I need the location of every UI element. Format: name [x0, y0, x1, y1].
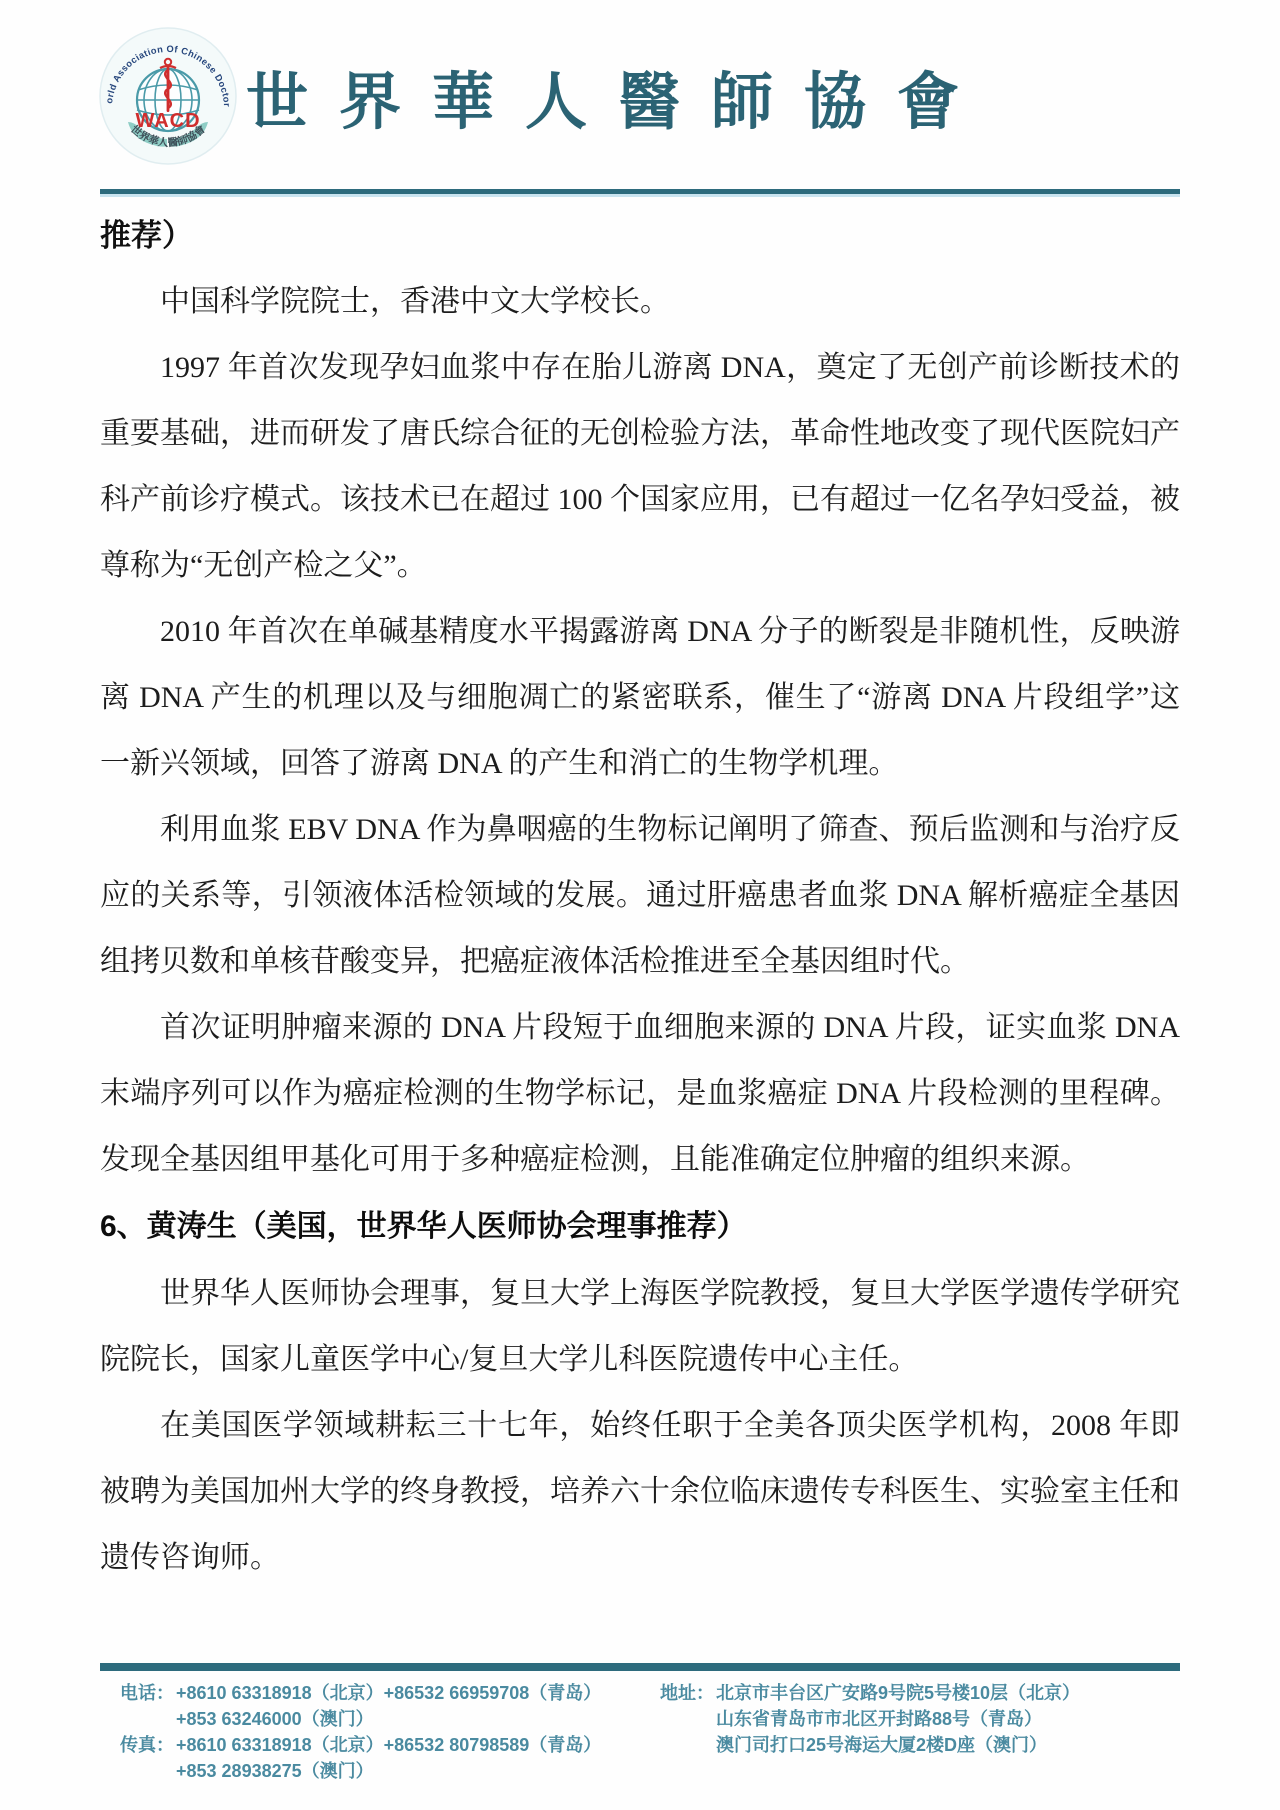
- document-page: World Association Of Chinese Doctors WAC…: [0, 0, 1280, 1810]
- organization-title: 世界華人醫師協會: [246, 52, 990, 141]
- address-line: 北京市丰台区广安路9号院5号楼10层（北京）: [716, 1680, 1080, 1706]
- paragraph: 1997 年首次发现孕妇血浆中存在胎儿游离 DNA，奠定了无创产前诊断技术的重要…: [100, 335, 1180, 599]
- wacd-logo: World Association Of Chinese Doctors WAC…: [98, 26, 238, 166]
- phone-numbers: +853 63246000（澳门）: [176, 1706, 660, 1732]
- footer-address-block: 地址： 北京市丰台区广安路9号院5号楼10层（北京） 山东省青岛市市北区开封路8…: [660, 1680, 1080, 1784]
- logo-acronym: WACD: [135, 110, 200, 132]
- paragraph: 中国科学院院士，香港中文大学校长。: [100, 269, 1180, 335]
- header-divider: [100, 189, 1180, 197]
- section-heading: 6、黄涛生（美国，世界华人医师协会理事推荐）: [100, 1193, 1180, 1261]
- address-label: 地址：: [660, 1680, 714, 1706]
- fax-numbers: +853 28938275（澳门）: [176, 1758, 660, 1784]
- carried-over-heading: 推荐）: [100, 203, 1180, 269]
- footer-phone-fax-block: 电话： +8610 63318918（北京）+86532 66959708（青岛…: [120, 1680, 660, 1784]
- fax-label: 传真：: [120, 1732, 174, 1758]
- address-line: 山东省青岛市市北区开封路88号（青岛）: [716, 1706, 1080, 1732]
- phone-numbers: +8610 63318918（北京）+86532 66959708（青岛）: [176, 1680, 660, 1706]
- footer-divider: [100, 1663, 1180, 1671]
- paragraph: 利用血浆 EBV DNA 作为鼻咽癌的生物标记阐明了筛查、预后监测和与治疗反应的…: [100, 797, 1180, 995]
- fax-numbers: +8610 63318918（北京）+86532 80798589（青岛）: [176, 1732, 660, 1758]
- phone-label: 电话：: [120, 1680, 174, 1706]
- paragraph: 在美国医学领域耕耘三十七年，始终任职于全美各顶尖医学机构，2008 年即被聘为美…: [100, 1393, 1180, 1591]
- document-body: 推荐） 中国科学院院士，香港中文大学校长。 1997 年首次发现孕妇血浆中存在胎…: [100, 203, 1180, 1591]
- footer: 电话： +8610 63318918（北京）+86532 66959708（青岛…: [100, 1680, 1180, 1784]
- paragraph: 首次证明肿瘤来源的 DNA 片段短于血细胞来源的 DNA 片段，证实血浆 DNA…: [100, 995, 1180, 1193]
- paragraph: 世界华人医师协会理事，复旦大学上海医学院教授，复旦大学医学遗传学研究院院长，国家…: [100, 1261, 1180, 1393]
- address-line: 澳门司打口25号海运大厦2楼D座（澳门）: [716, 1732, 1080, 1758]
- paragraph: 2010 年首次在单碱基精度水平揭露游离 DNA 分子的断裂是非随机性，反映游离…: [100, 599, 1180, 797]
